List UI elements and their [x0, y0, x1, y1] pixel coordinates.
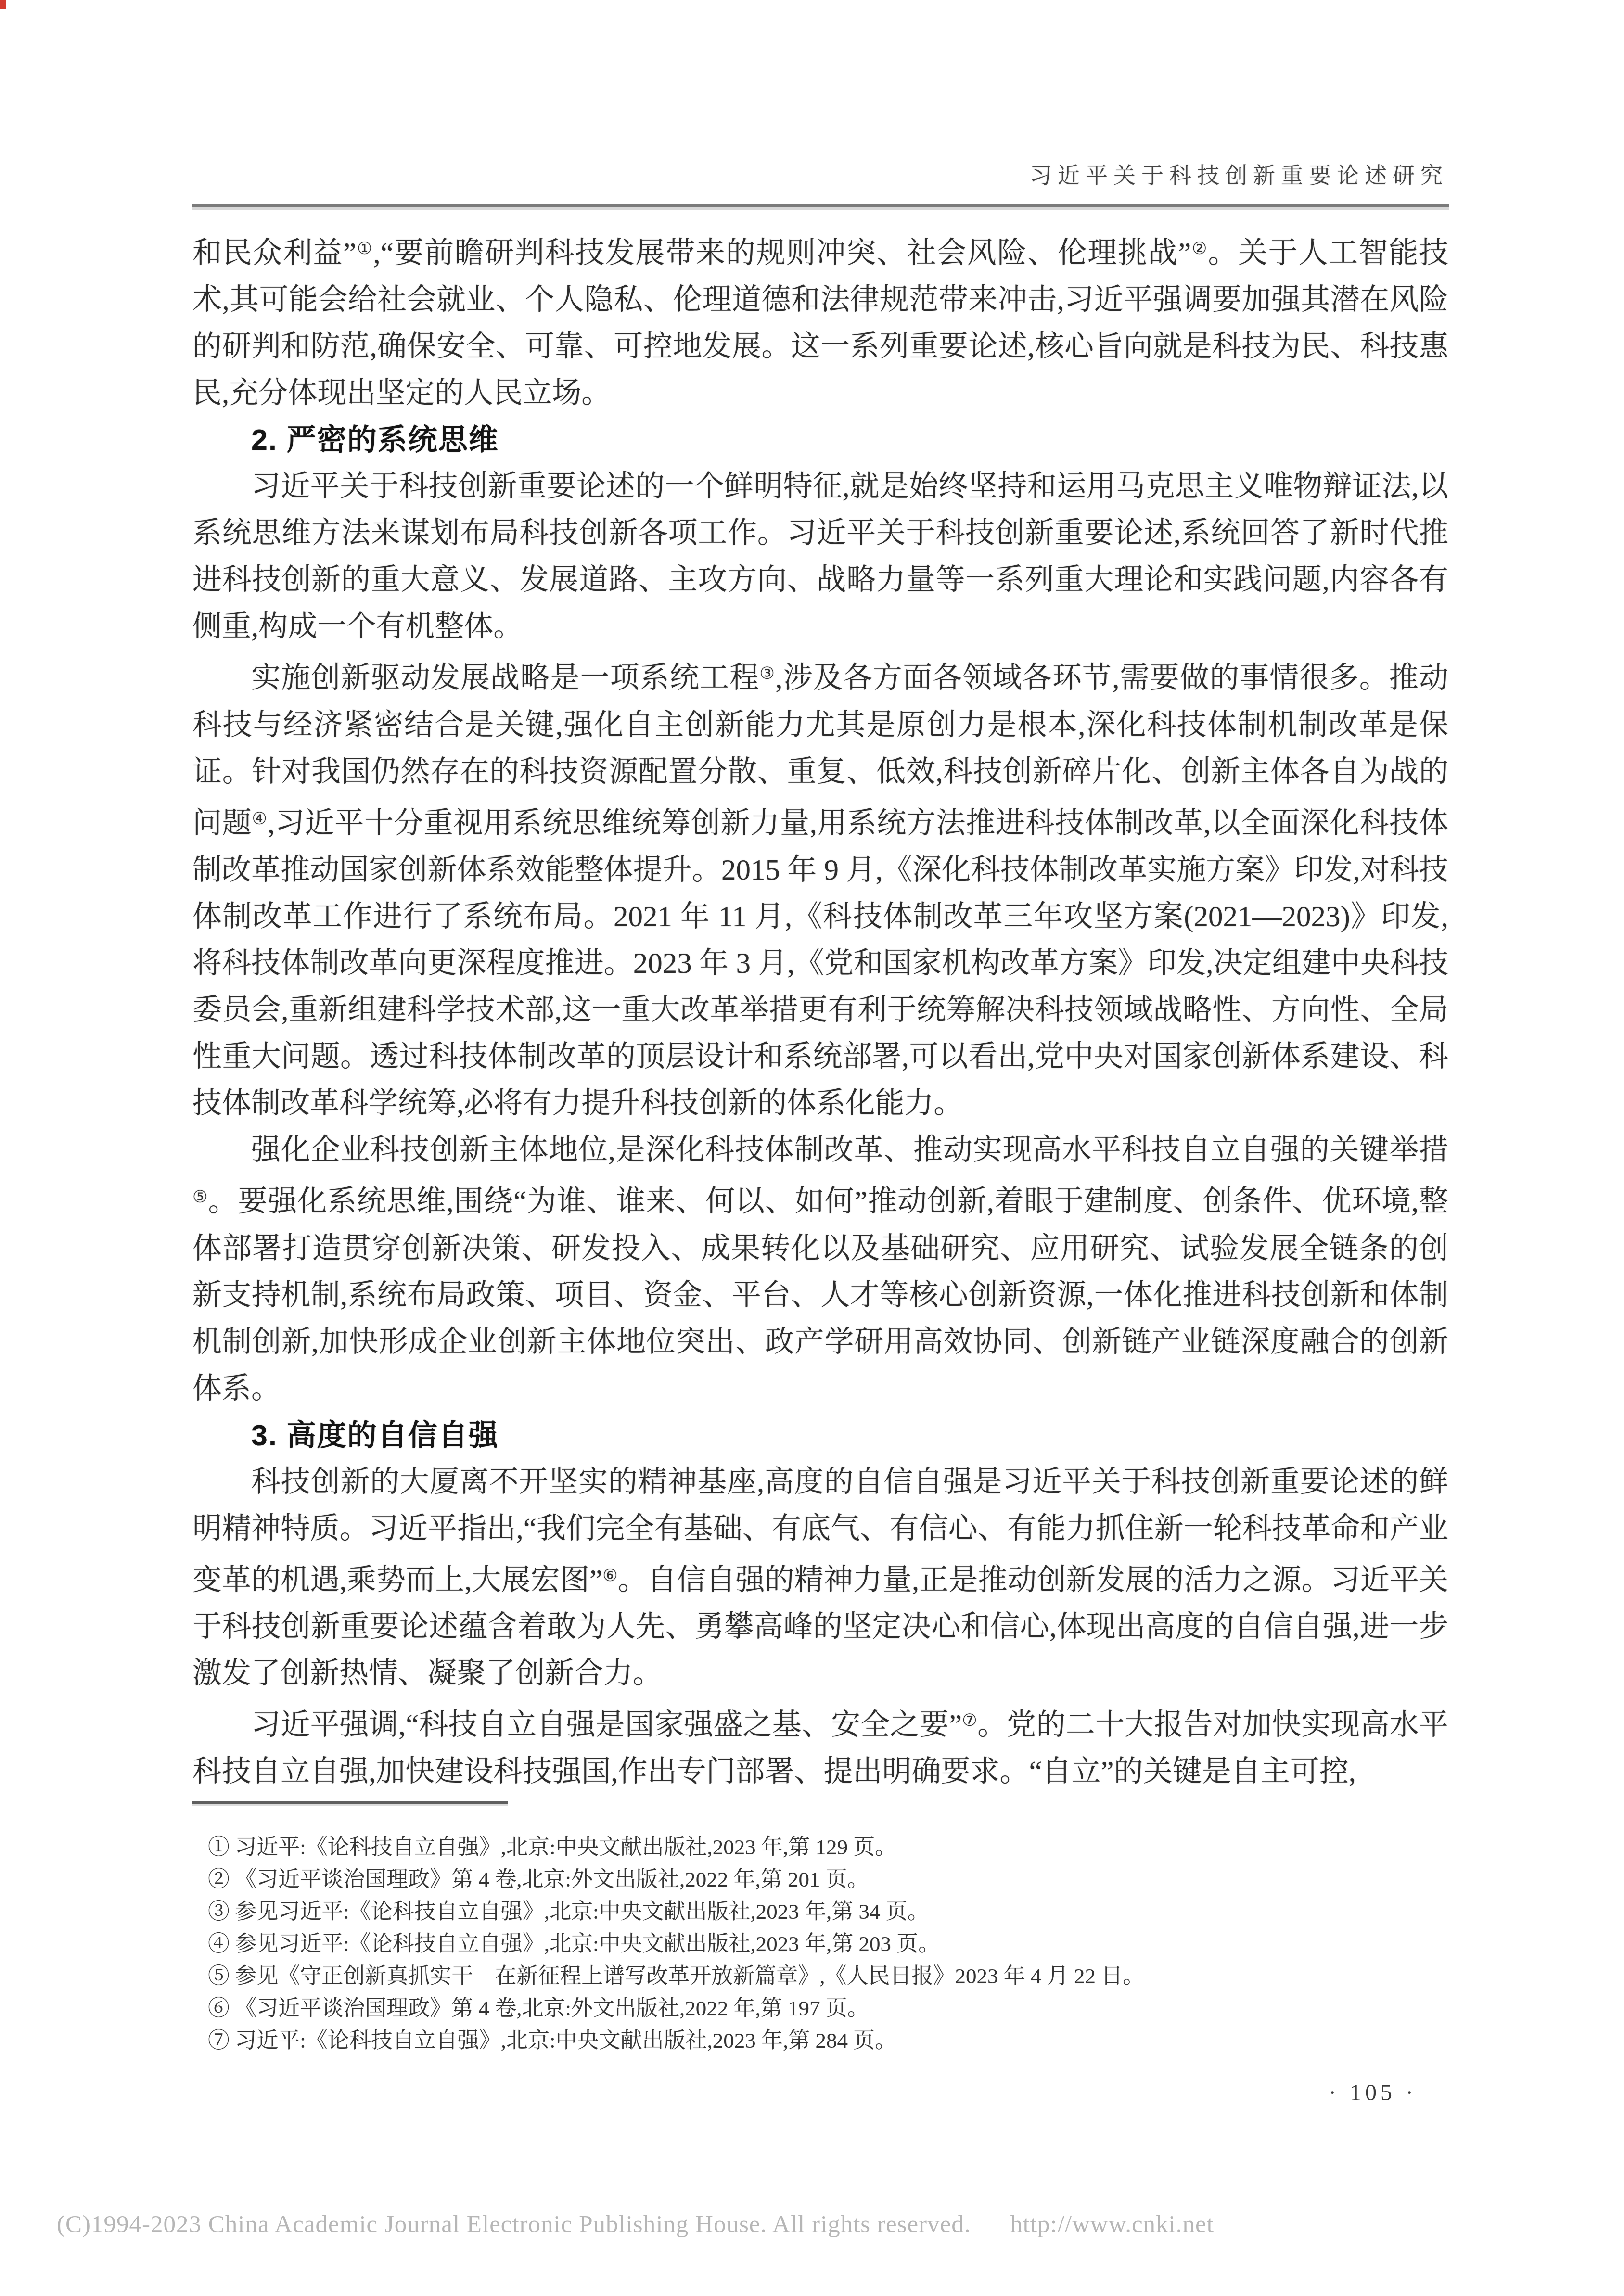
copyright-text: (C)1994-2023 China Academic Journal Elec…: [57, 2211, 971, 2238]
footnote-ref: ⑤: [192, 1187, 208, 1206]
paragraph: 实施创新驱动发展战略是一项系统工程③,涉及各方面各领域各环节,需要做的事情很多。…: [192, 650, 1448, 1127]
footnote: ⑤ 参见《守正创新真抓实干 在新征程上谱写改革开放新篇章》,《人民日报》2023…: [208, 1960, 1449, 1992]
section-heading-3: 3. 高度的自信自强: [192, 1412, 1448, 1459]
copyright-notice: (C)1994-2023 China Academic Journal Elec…: [57, 2210, 1214, 2238]
paragraph-continuation: 和民众利益”①,“要前瞻研判科技发展带来的规则冲突、社会风险、伦理挑战”②。关于…: [192, 225, 1448, 417]
footnote: ① 习近平:《论科技自立自强》,北京:中央文献出版社,2023 年,第 129 …: [208, 1831, 1449, 1863]
paragraph: 强化企业科技创新主体地位,是深化科技体制改革、推动实现高水平科技自立自强的关键举…: [192, 1127, 1448, 1412]
footnote: ④ 参见习近平:《论科技自立自强》,北京:中央文献出版社,2023 年,第 20…: [208, 1928, 1449, 1960]
footnote-ref: ④: [252, 809, 267, 828]
article-body: 和民众利益”①,“要前瞻研判科技发展带来的规则冲突、社会风险、伦理挑战”②。关于…: [192, 225, 1448, 1795]
footnote-ref: ⑦: [962, 1710, 977, 1730]
footnote: ③ 参见习近平:《论科技自立自强》,北京:中央文献出版社,2023 年,第 34…: [208, 1896, 1449, 1928]
footnote-separator: [192, 1801, 508, 1804]
footnote: ⑥ 《习近平谈治国理政》第 4 卷,北京:外文出版社,2022 年,第 197 …: [208, 1992, 1449, 2025]
footnote: ⑦ 习近平:《论科技自立自强》,北京:中央文献出版社,2023 年,第 284 …: [208, 2025, 1449, 2057]
footnote-ref: ⑥: [602, 1566, 618, 1585]
cnki-url: http://www.cnki.net: [1010, 2211, 1214, 2238]
footnote-ref: ①: [356, 239, 373, 258]
journal-scan-page: 习近平关于科技创新重要论述研究 和民众利益”①,“要前瞻研判科技发展带来的规则冲…: [0, 0, 1624, 2296]
scan-artifact-mark: [0, 0, 6, 9]
paragraph: 习近平强调,“科技自立自强是国家强盛之基、安全之要”⑦。党的二十大报告对加快实现…: [192, 1697, 1448, 1795]
header-rule: [192, 204, 1449, 207]
paragraph: 习近平关于科技创新重要论述的一个鲜明特征,就是始终坚持和运用马克思主义唯物辩证法…: [192, 463, 1448, 650]
footnote-ref: ③: [759, 663, 775, 683]
footnote: ② 《习近平谈治国理政》第 4 卷,北京:外文出版社,2022 年,第 201 …: [208, 1863, 1449, 1896]
footnotes-list: ① 习近平:《论科技自立自强》,北京:中央文献出版社,2023 年,第 129 …: [208, 1831, 1449, 2057]
footnote-ref: ②: [1191, 239, 1208, 258]
section-heading-2: 2. 严密的系统思维: [192, 417, 1448, 463]
paragraph: 科技创新的大厦离不开坚实的精神基座,高度的自信自强是习近平关于科技创新重要论述的…: [192, 1459, 1448, 1697]
running-head: 习近平关于科技创新重要论述研究: [192, 158, 1448, 190]
page-number: · 105 ·: [192, 2079, 1417, 2106]
